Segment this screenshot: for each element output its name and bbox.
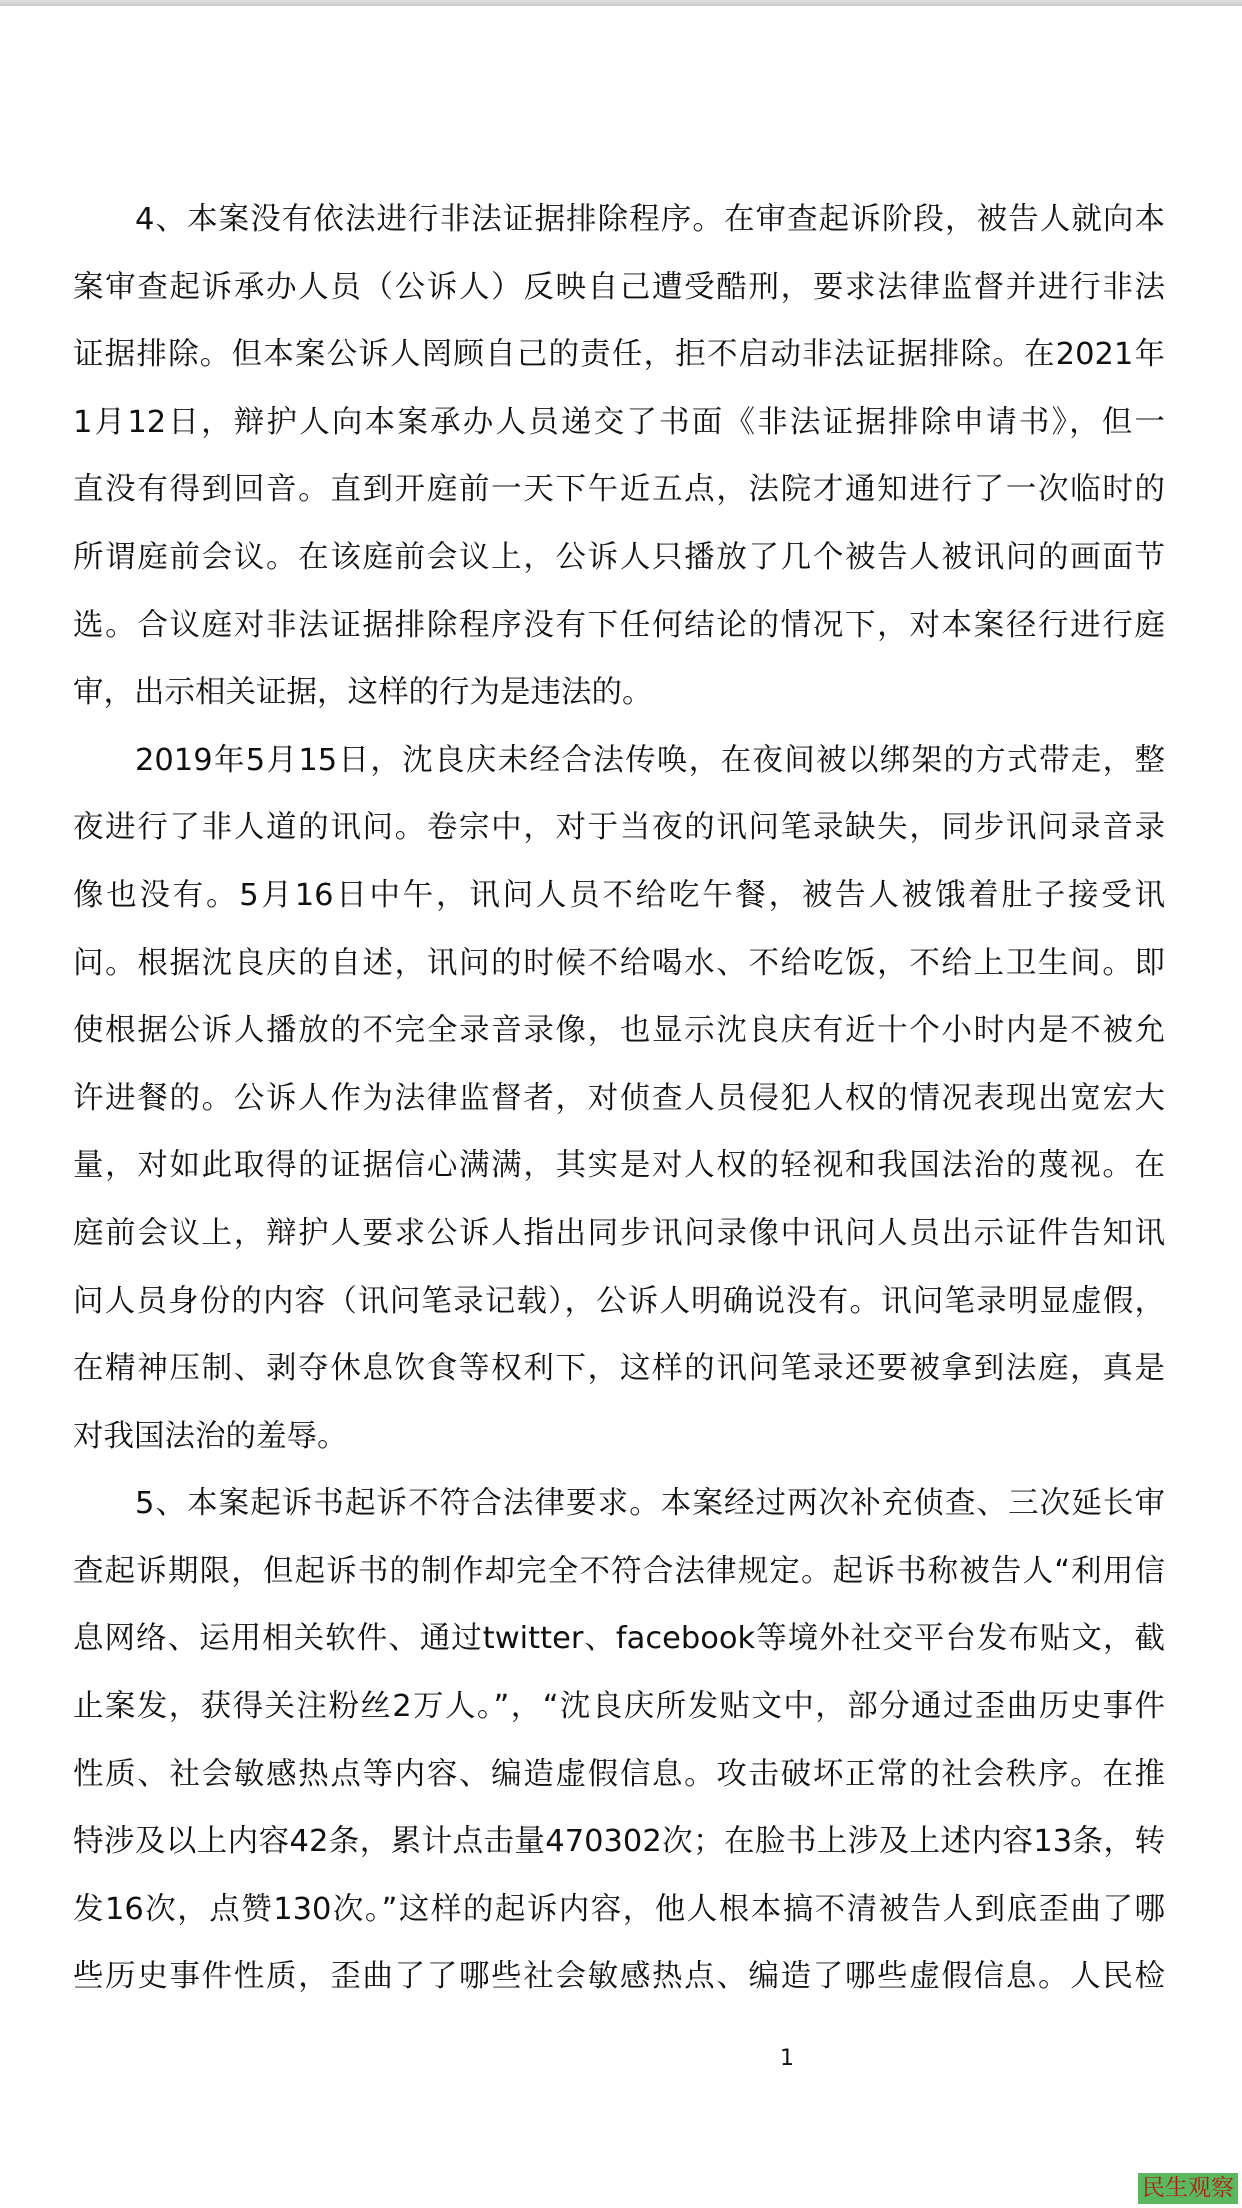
text-line: 审，出示相关证据，这样的行为是违法的。 — [73, 659, 1165, 727]
text-line: 问人员身份的内容（讯问笔录记载），公诉人明确说没有。讯问笔录明显虚假， — [73, 1268, 1165, 1336]
text-line: 对我国法治的羞辱。 — [73, 1403, 1165, 1471]
text-line: 止案发，获得关注粉丝2万人。”，“沈良庆所发贴文中，部分通过歪曲历史事件 — [73, 1673, 1165, 1741]
text-line: 2019年5月15日，沈良庆未经合法传唤，在夜间被以绑架的方式带走，整 — [73, 727, 1165, 795]
page-number: 1 — [780, 2046, 794, 2071]
document-page: 4、本案没有依法进行非法证据排除程序。在审查起诉阶段，被告人就向本 案审查起诉承… — [73, 186, 1165, 2011]
text-line: 庭前会议上，辩护人要求公诉人指出同步讯问录像中讯问人员出示证件告知讯 — [73, 1200, 1165, 1268]
text-line: 特涉及以上内容42条，累计点击量470302次；在脸书上涉及上述内容13条，转 — [73, 1808, 1165, 1876]
text-line: 在精神压制、剥夺休息饮食等权利下，这样的讯问笔录还要被拿到法庭，真是 — [73, 1335, 1165, 1403]
text-line: 4、本案没有依法进行非法证据排除程序。在审查起诉阶段，被告人就向本 — [73, 186, 1165, 254]
text-line: 像也没有。5月16日中午，讯问人员不给吃午餐，被告人被饿着肚子接受讯 — [73, 862, 1165, 930]
text-line: 所谓庭前会议。在该庭前会议上，公诉人只播放了几个被告人被讯问的画面节 — [73, 524, 1165, 592]
text-line: 些历史事件性质，歪曲了了哪些社会敏感热点、编造了哪些虚假信息。人民检 — [73, 1943, 1165, 2011]
text-line: 查起诉期限，但起诉书的制作却完全不符合法律规定。起诉书称被告人“利用信 — [73, 1538, 1165, 1606]
text-line: 证据排除。但本案公诉人罔顾自己的责任，拒不启动非法证据排除。在2021年 — [73, 321, 1165, 389]
text-line: 案审查起诉承办人员（公诉人）反映自己遭受酷刑，要求法律监督并进行非法 — [73, 254, 1165, 322]
text-line: 夜进行了非人道的讯问。卷宗中，对于当夜的讯问笔录缺失，同步讯问录音录 — [73, 794, 1165, 862]
text-line: 使根据公诉人播放的不完全录音录像，也显示沈良庆有近十个小时内是不被允 — [73, 997, 1165, 1065]
text-line: 直没有得到回音。直到开庭前一天下午近五点，法院才通知进行了一次临时的 — [73, 456, 1165, 524]
text-line: 许进餐的。公诉人作为法律监督者，对侦查人员侵犯人权的情况表现出宽宏大 — [73, 1065, 1165, 1133]
watermark-badge: 民生观察 — [1138, 2173, 1238, 2204]
text-line: 量，对如此取得的证据信心满满，其实是对人权的轻视和我国法治的蔑视。在 — [73, 1132, 1165, 1200]
text-line: 性质、社会敏感热点等内容、编造虚假信息。攻击破坏正常的社会秩序。在推 — [73, 1741, 1165, 1809]
text-line: 5、本案起诉书起诉不符合法律要求。本案经过两次补充侦查、三次延长审 — [73, 1470, 1165, 1538]
text-line: 1月12日，辩护人向本案承办人员递交了书面《非法证据排除申请书》，但一 — [73, 389, 1165, 457]
text-line: 发16次，点赞130次。”这样的起诉内容，他人根本搞不清被告人到底歪曲了哪 — [73, 1876, 1165, 1944]
text-line: 选。合议庭对非法证据排除程序没有下任何结论的情况下，对本案径行进行庭 — [73, 592, 1165, 660]
top-toolbar-edge — [0, 0, 1242, 6]
text-line: 问。根据沈良庆的自述，讯问的时候不给喝水、不给吃饭，不给上卫生间。即 — [73, 930, 1165, 998]
text-line: 息网络、运用相关软件、通过twitter、facebook等境外社交平台发布贴文… — [73, 1605, 1165, 1673]
